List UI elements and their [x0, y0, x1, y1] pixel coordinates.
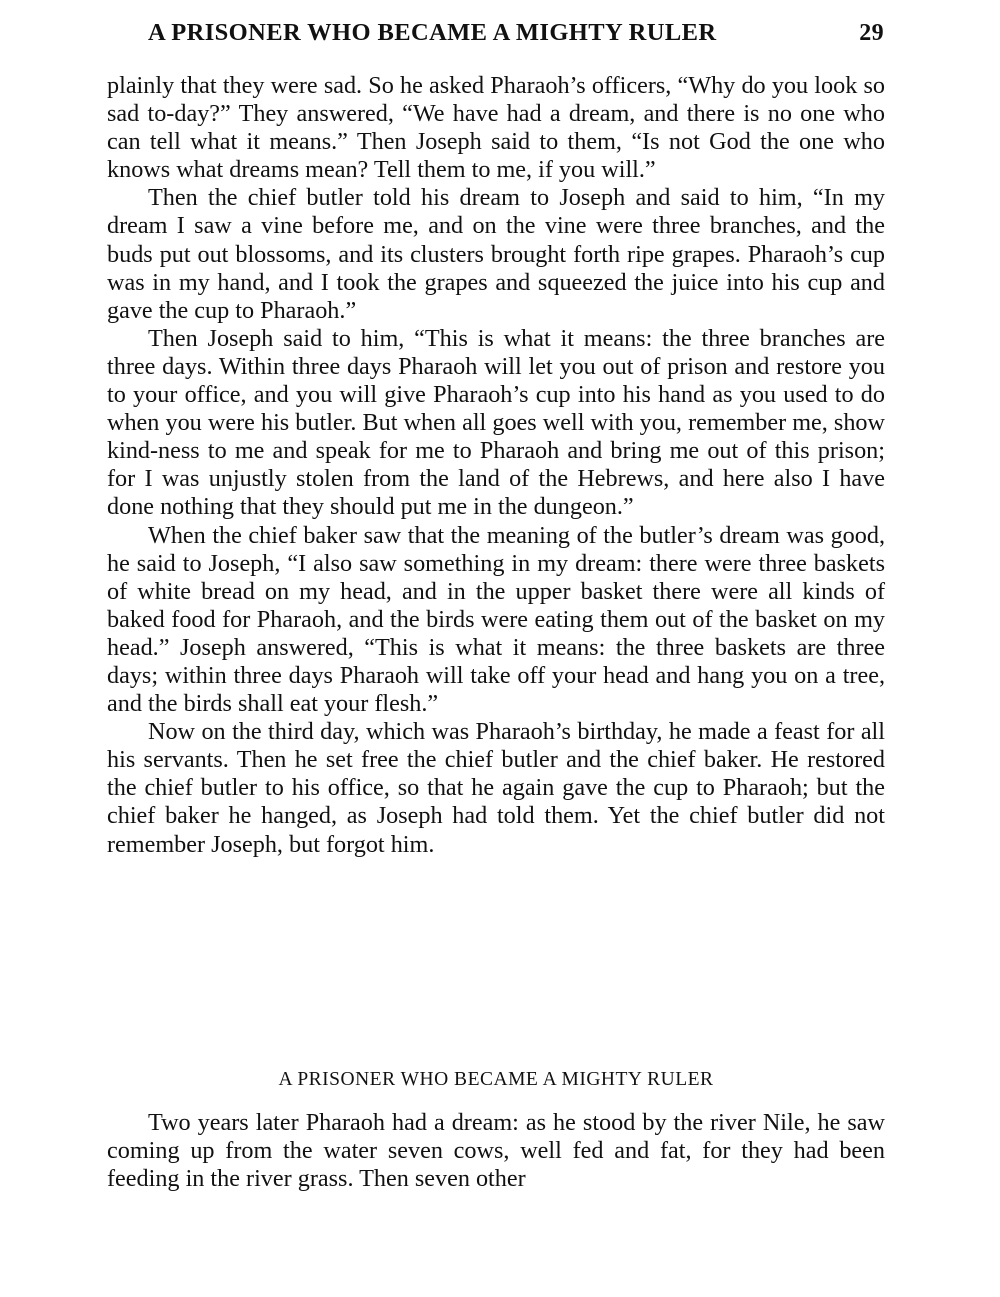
running-header: A PRISONER WHO BECAME A MIGHTY RULER 29 — [148, 18, 884, 48]
paragraph-butler-dream: Then the chief butler told his dream to … — [107, 184, 885, 324]
paragraph-continuation: plainly that they were sad. So he asked … — [107, 72, 885, 184]
paragraph-baker-dream: When the chief baker saw that the meanin… — [107, 522, 885, 719]
page-number: 29 — [859, 18, 884, 48]
paragraph-joseph-interpretation: Then Joseph said to him, “This is what i… — [107, 325, 885, 522]
body-text: plainly that they were sad. So he asked … — [107, 72, 885, 859]
paragraph-pharaoh-dream: Two years later Pharaoh had a dream: as … — [107, 1109, 885, 1193]
paragraph-third-day: Now on the third day, which was Pharaoh’… — [107, 718, 885, 858]
section-body-text: Two years later Pharaoh had a dream: as … — [107, 1109, 885, 1193]
running-title: A PRISONER WHO BECAME A MIGHTY RULER — [148, 18, 716, 48]
section-heading: A PRISONER WHO BECAME A MIGHTY RULER — [107, 1066, 885, 1094]
